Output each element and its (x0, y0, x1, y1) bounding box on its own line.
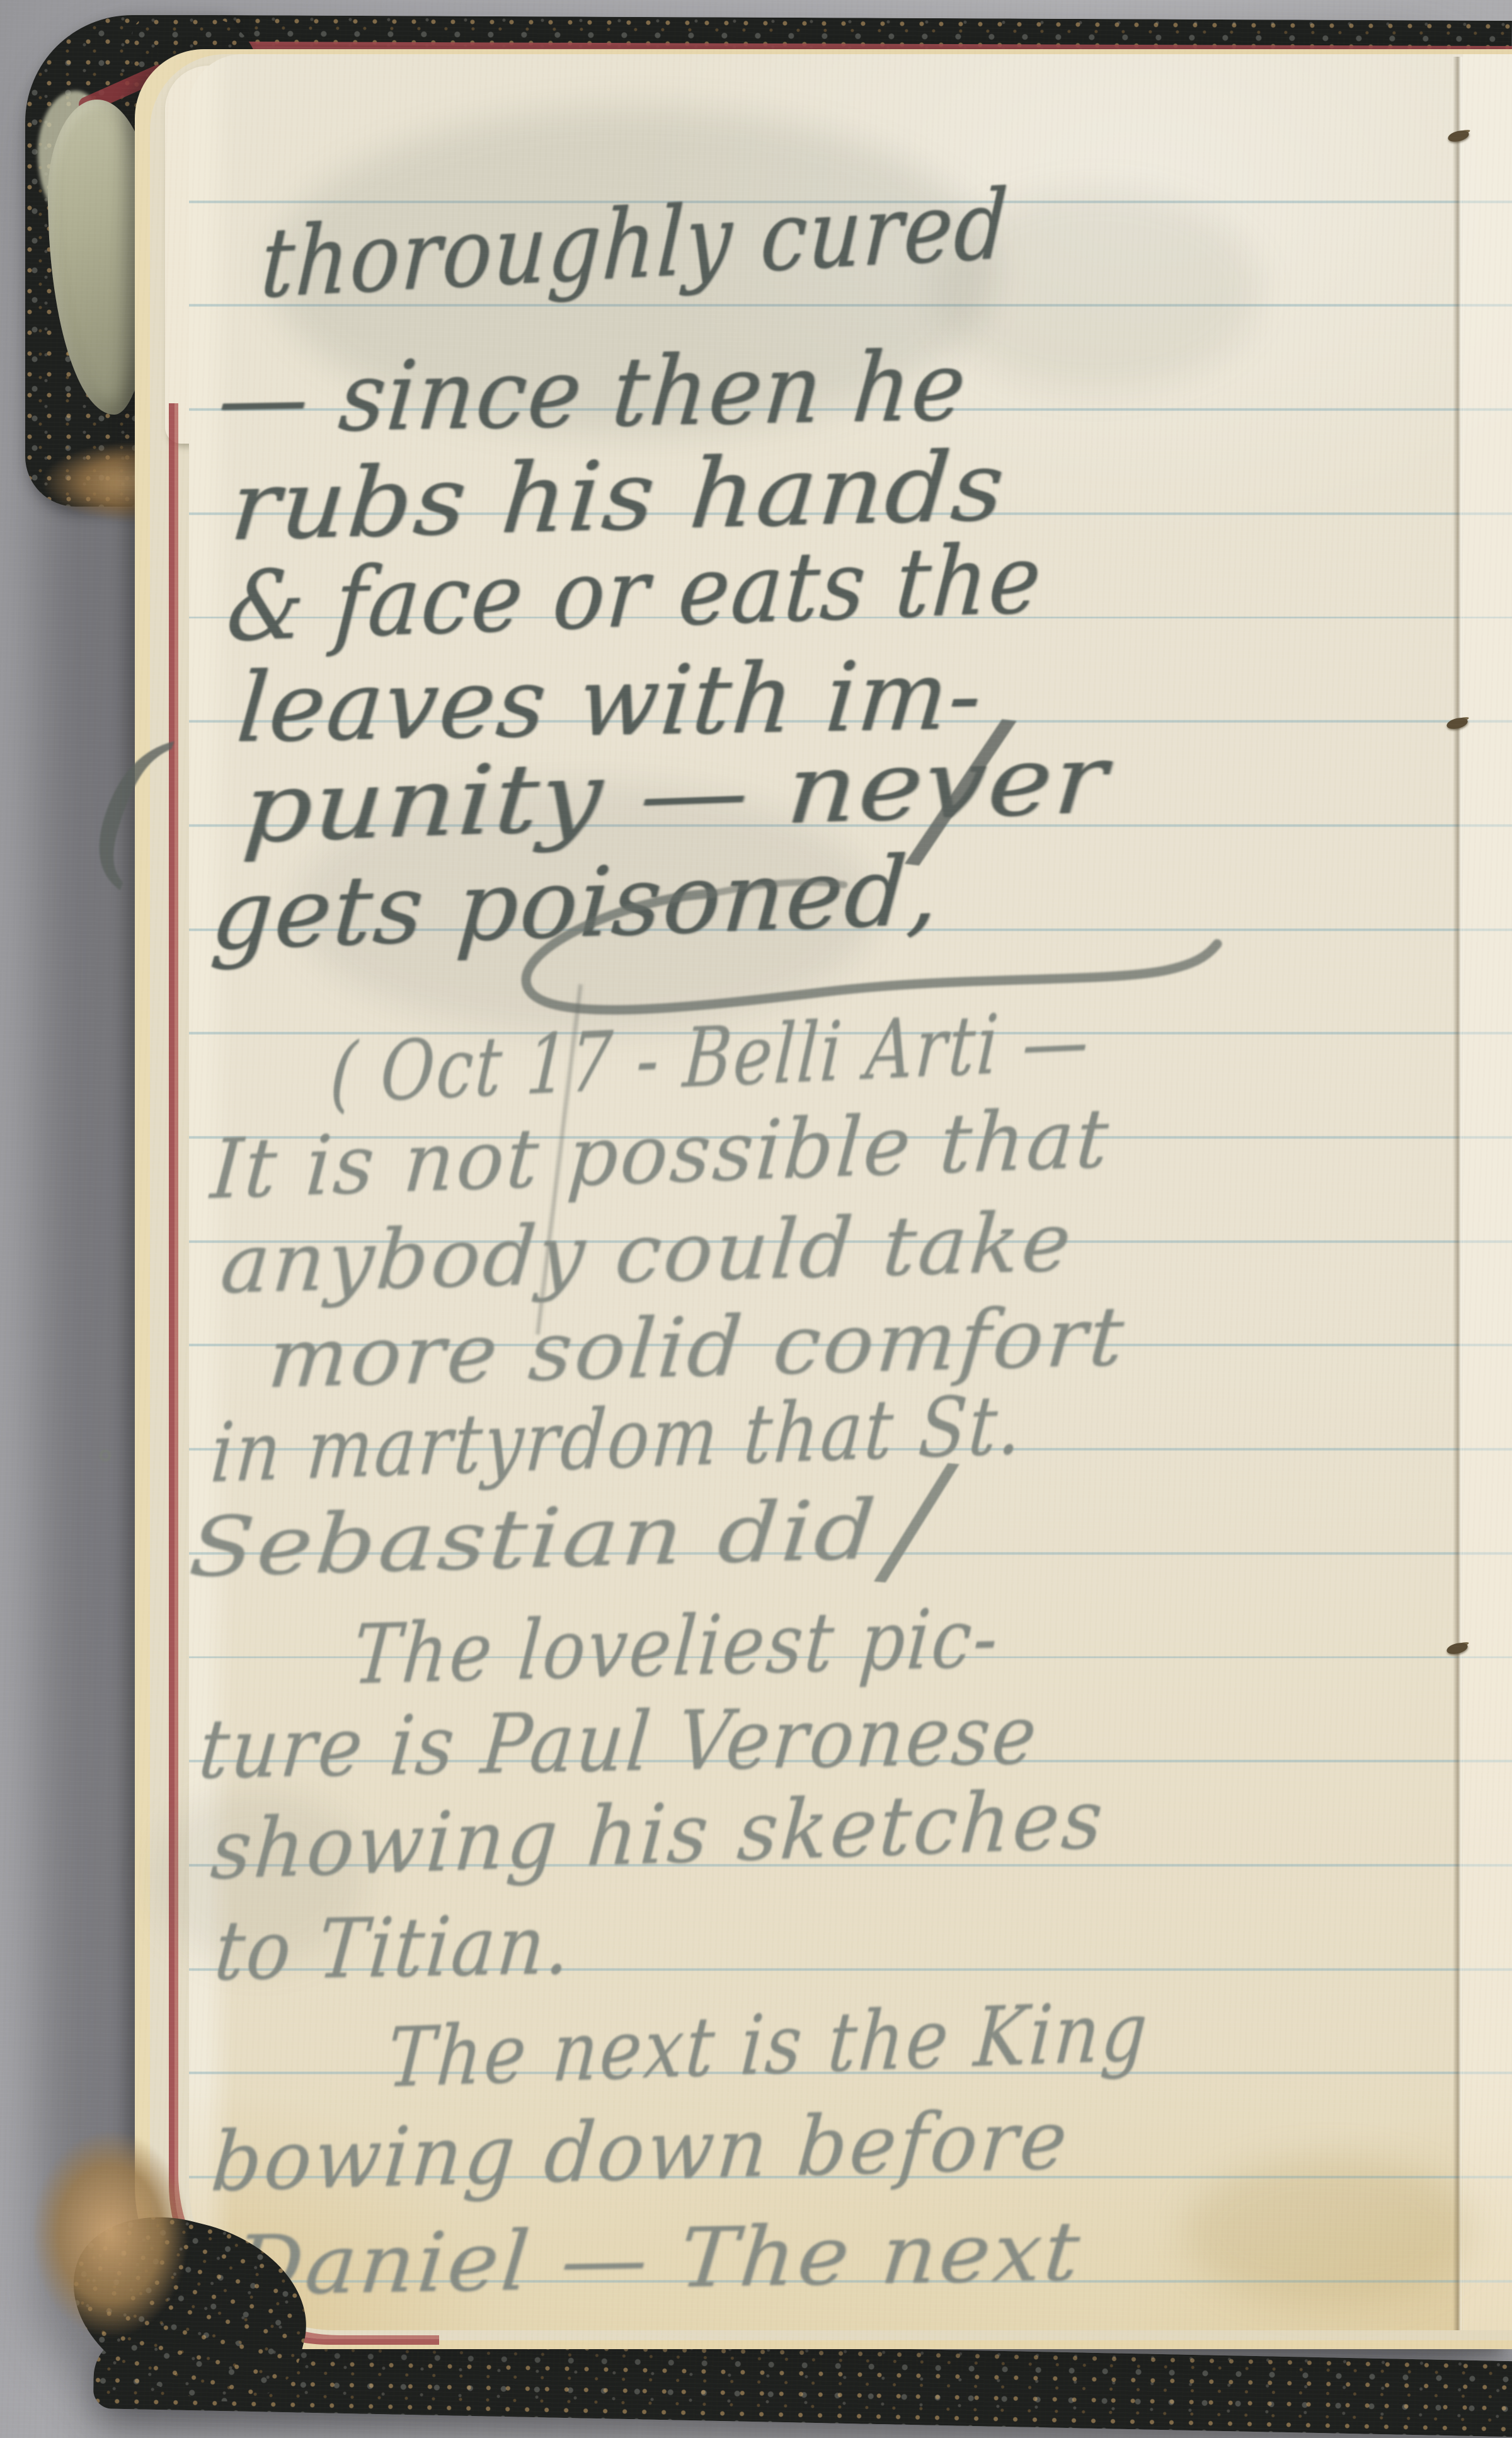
bottomleft-corner-fray (31, 2130, 189, 2338)
paper-stain-bottomright (1184, 2155, 1474, 2306)
handwriting-line: The loveliest pic- (350, 1590, 1003, 1703)
facing-page-sliver (1463, 54, 1512, 2330)
gutter-fold (1453, 57, 1464, 2330)
handwriting-line: Sebastian did (186, 1481, 881, 1596)
handwriting-line: to Titian. (211, 1897, 576, 1999)
notebook-photo: thoroughly cured — since then he rubs hi… (0, 0, 1512, 2438)
small-circle-mark: ° (96, 1443, 115, 1487)
handwriting-line: Daniel — The next (230, 2203, 1085, 2314)
